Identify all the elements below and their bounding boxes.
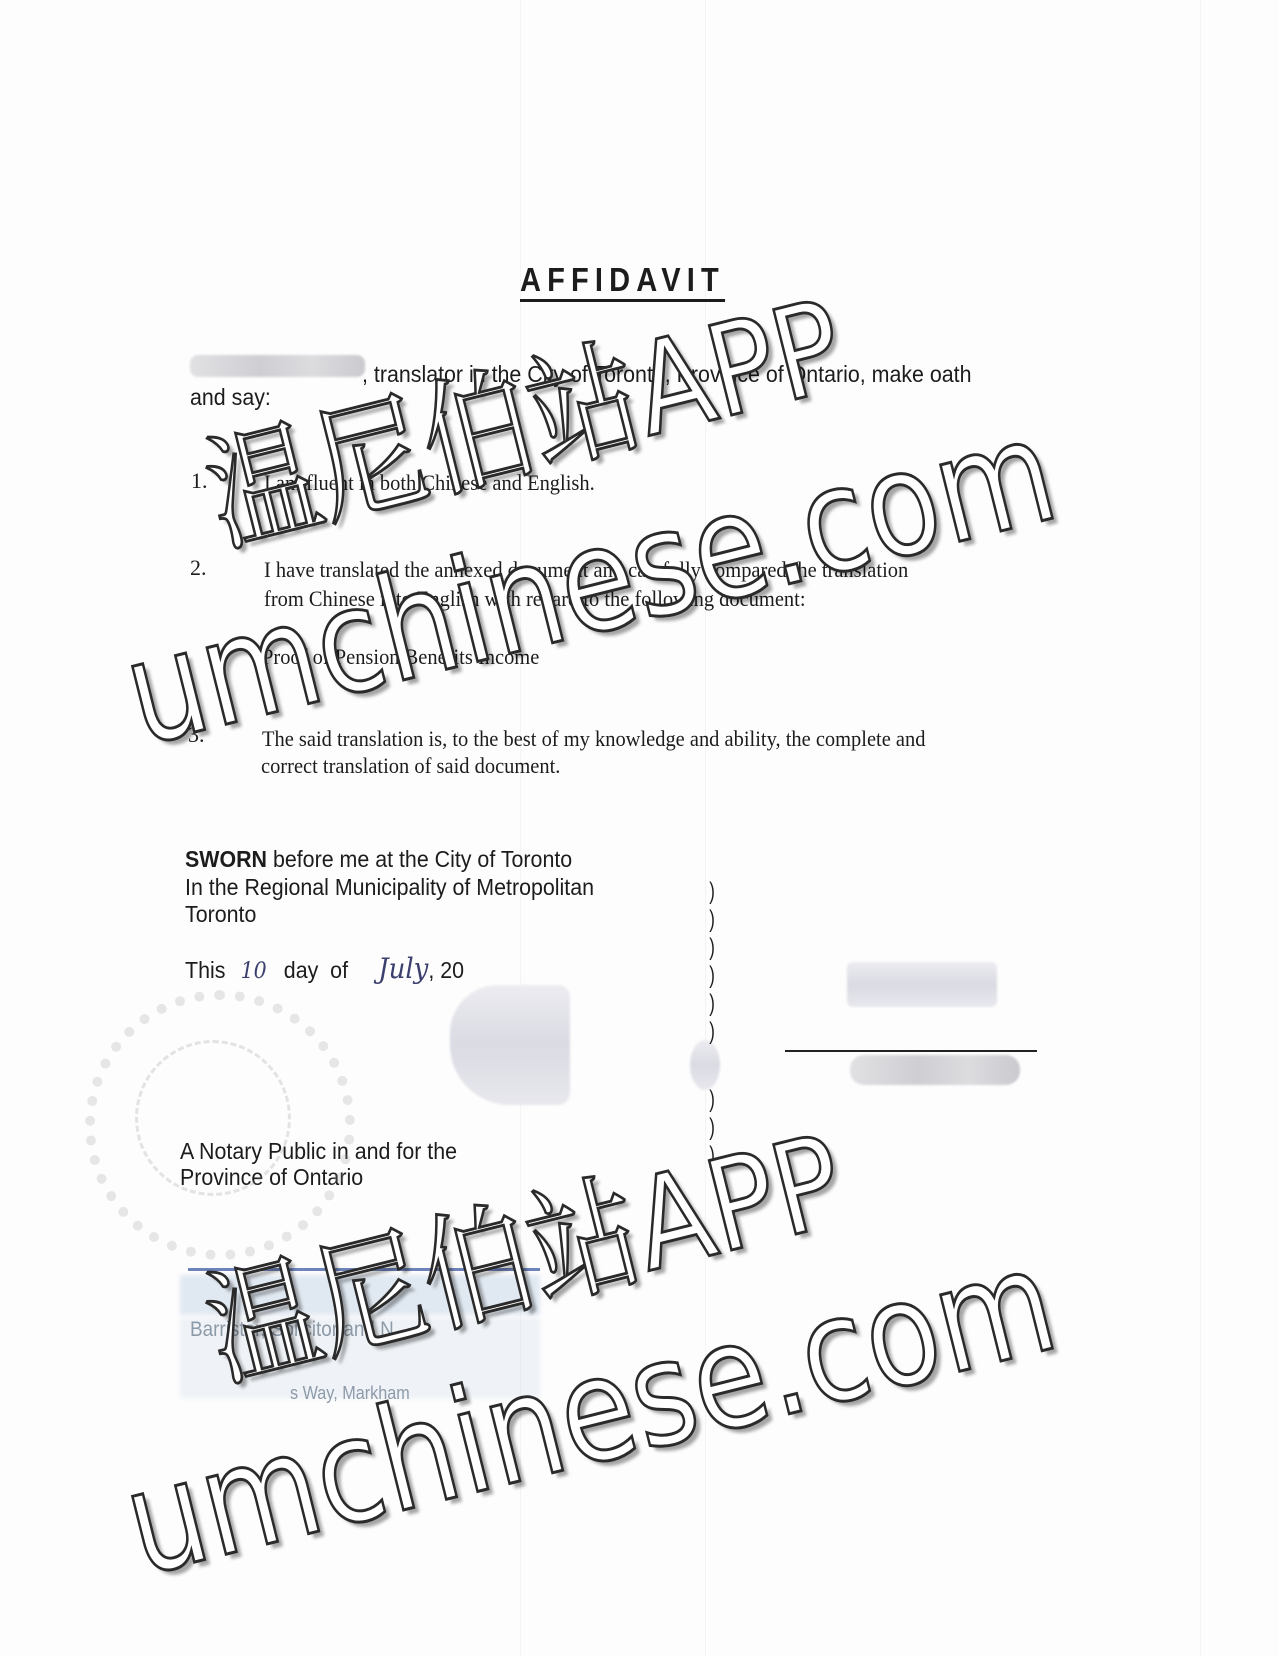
- item-2-number: 2.: [190, 555, 207, 581]
- redacted-name: [190, 355, 365, 377]
- item-2-line-2: from Chinese into English with regard to…: [264, 585, 806, 612]
- redacted-deponent-name: [850, 1055, 1020, 1085]
- day-of-label: day of: [284, 957, 348, 983]
- intro-line-2: and say:: [190, 383, 271, 411]
- stamp-address: s Way, Markham: [290, 1383, 410, 1404]
- redacted-deponent-signature: [847, 962, 997, 1007]
- sworn-bold: SWORN: [185, 846, 267, 872]
- redaction-fragment: [690, 1040, 720, 1090]
- intro-line-1: , translator in the City of Toronto, Pro…: [362, 360, 972, 388]
- handwritten-day: 10: [241, 959, 267, 984]
- redacted-notary-signature: [450, 985, 570, 1105]
- sworn-rest: before me at the City of Toronto: [267, 846, 572, 872]
- stamp-top-rule: [188, 1268, 540, 1271]
- bracket: ): [709, 990, 715, 1018]
- jurat-line-3: Toronto: [185, 900, 256, 928]
- bracket: ): [709, 934, 715, 962]
- bracket: ): [709, 906, 715, 934]
- bracket: ): [709, 1018, 715, 1046]
- jurat-line-2: In the Regional Municipality of Metropol…: [185, 873, 594, 901]
- item-2-document-name: Proof of Pension Benefits Income: [262, 643, 539, 670]
- watermark-site-text: umchinese.com: [110, 388, 1071, 779]
- scan-artifact: [520, 0, 521, 1656]
- handwritten-month: July: [378, 952, 428, 985]
- scan-artifact: [1200, 0, 1201, 1656]
- scan-artifact: [705, 0, 706, 1656]
- notary-seal-emboss: [85, 990, 355, 1260]
- redacted-stamp-name: [180, 1275, 540, 1315]
- bracket: ): [709, 962, 715, 990]
- item-3-number: 3.: [188, 722, 205, 748]
- item-3-line-2: correct translation of said document.: [261, 752, 560, 779]
- bracket: ): [709, 1086, 715, 1114]
- sworn-line: SWORN before me at the City of Toronto: [185, 845, 572, 873]
- bracket: ): [709, 1114, 715, 1142]
- item-1-number: 1.: [191, 468, 208, 494]
- item-1-text: I am fluent in both Chinese and English.: [264, 469, 595, 496]
- stamp-role: Barrister, Solicitor and N: [190, 1318, 394, 1342]
- document-title: AFFIDAVIT: [520, 262, 725, 302]
- item-2-line-1: I have translated the annexed document a…: [264, 556, 908, 583]
- signature-line: [785, 1050, 1037, 1052]
- bracket: ): [709, 878, 715, 906]
- year-prefix: , 20: [428, 957, 464, 983]
- intro-text: , translator in the City of Toronto, Pro…: [362, 361, 972, 387]
- bracket: ): [709, 1142, 715, 1170]
- item-3-line-1: The said translation is, to the best of …: [262, 725, 925, 752]
- date-line: This 10 day of July, 20: [185, 955, 464, 986]
- this-label: This: [185, 957, 225, 983]
